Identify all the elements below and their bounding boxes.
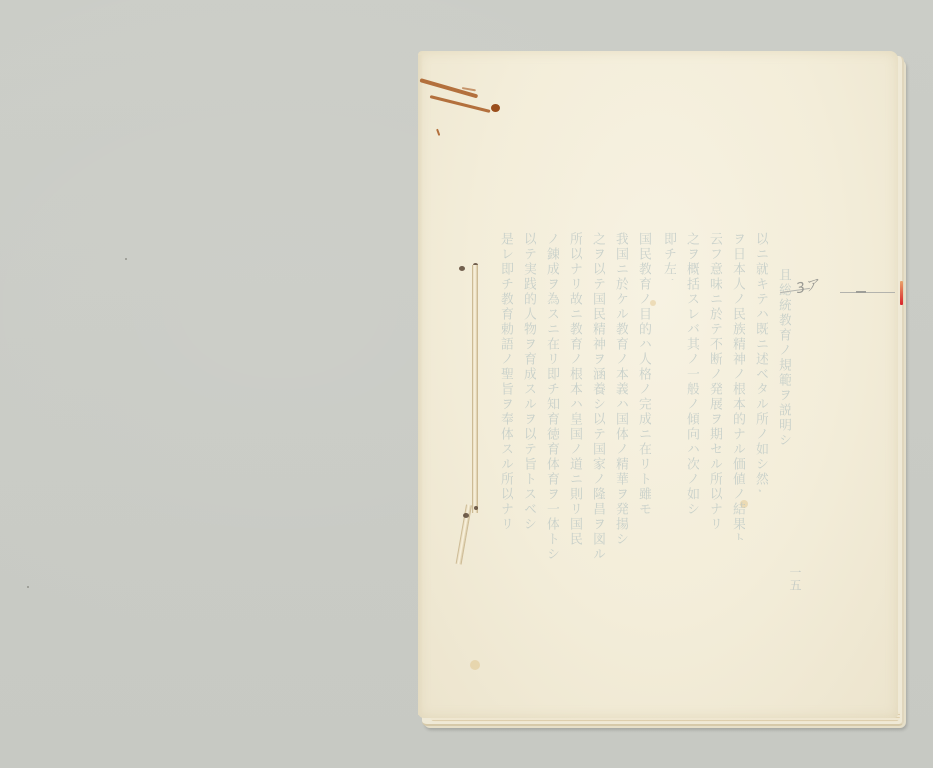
foxing-spot <box>470 660 480 670</box>
bleed-text-column: 是レ即チ教育勅語ノ聖旨ヲ奉体スル所以ナリ <box>499 232 513 672</box>
page-number: 一五 <box>788 566 804 592</box>
bleed-text-column: 之ヲ概括スレバ其ノ一般ノ傾向ハ次ノ如シ <box>685 232 699 540</box>
bleed-text-column: 我国ニ於ケル教育ノ本義ハ国体ノ精華ヲ発揚シ <box>614 232 628 672</box>
binding-hole-bottom <box>463 513 469 518</box>
dust-speck <box>27 586 29 588</box>
pencil-arrow-line <box>840 292 895 293</box>
bleed-text-column: ヲ日本人ノ民族精神ノ根本的ナル価値ノ結果ト <box>731 232 745 540</box>
bleed-text-column: ノ錬成ヲ為スニ在リ即チ知育徳育体育ヲ一体トシ <box>545 232 559 672</box>
dust-speck <box>125 258 127 260</box>
rust-stain-dot <box>491 104 500 112</box>
bleed-text-column: 且総統教育ノ規範ヲ説明シ其ノ成果ヲ期スル所 <box>777 268 791 448</box>
document-page <box>418 51 898 718</box>
binding-hole-top <box>459 266 465 271</box>
page-left-edge <box>418 55 423 715</box>
red-tab-marker <box>900 281 903 305</box>
bleed-text-column: 所以ナリ故ニ教育ノ根本ハ皇国ノ道ニ則リ国民 <box>568 232 582 672</box>
bleed-text-column: 云フ意味ニ於テ不断ノ発展ヲ期セル所以ナリ <box>708 232 722 540</box>
binding-thread <box>472 265 478 513</box>
bleed-text-column: 以ニ就キテハ既ニ述ベタル所ノ如シ然レドモ之 <box>754 232 768 492</box>
binding-hole-thread-bottom <box>474 506 478 510</box>
pencil-mark <box>856 291 866 293</box>
bleed-text-column: 国民教育ノ目的ハ人格ノ完成ニ在リト雖モ <box>637 232 651 672</box>
bleed-text-column: 即チ左ノ如シ <box>662 232 676 280</box>
bleed-text-column: 之ヲ以テ国民精神ヲ涵養シ以テ国家ノ隆昌ヲ図ル <box>591 232 605 672</box>
bleed-text-column: 以テ実践的人物ヲ育成スルヲ以テ旨トスベシ <box>522 232 536 672</box>
